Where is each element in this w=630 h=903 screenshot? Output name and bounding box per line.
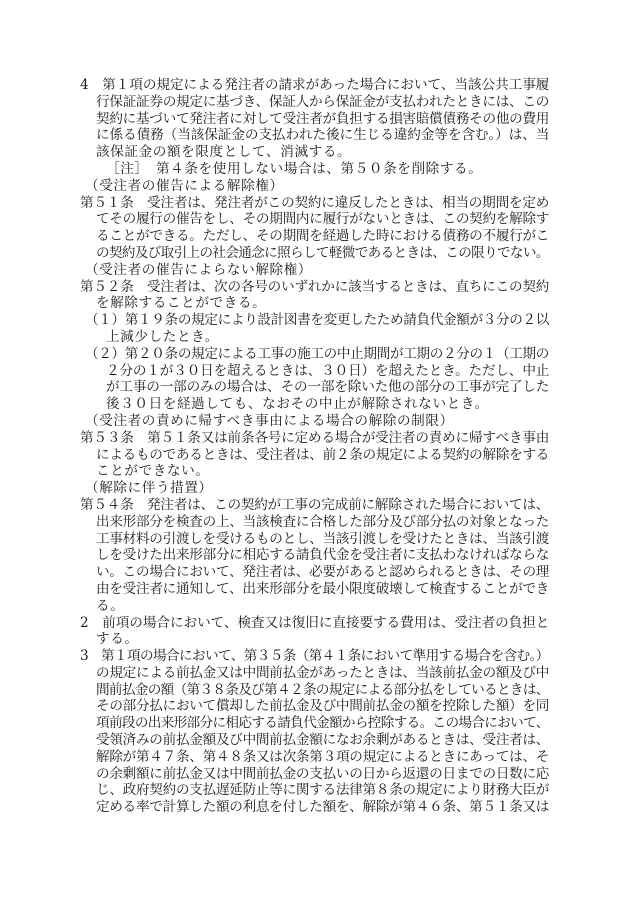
text-line: 工事材料の引渡しを受けるものとし、当該引渡しを受けたときは、当該引渡 — [80, 531, 550, 548]
text-line: 第５１条 受注者は、発注者がこの契約に違反したときは、相当の期間を定め — [80, 195, 550, 212]
text-line: 契約に基づいて発注者に対して受注者が負担する損害賠償債務その他の費用 — [80, 111, 550, 128]
text-line: ことができない。 — [80, 463, 550, 480]
text-line: する。 — [80, 631, 550, 648]
text-line: 解除が第４７条、第４８条又は次条第３項の規定によるときにあっては、そ — [80, 749, 550, 766]
text-line: その部分払において償却した前払金及び中間前払金の額を控除した額）を同 — [80, 698, 550, 715]
text-line: ［注］ 第４条を使用しない場合は、第５０条を削除する。 — [80, 161, 550, 178]
text-line: ることができる。ただし、その期間を経過した時における債務の不履行がこ — [80, 228, 550, 245]
text-line: てその履行の催告をし、その期間内に履行がないときは、この契約を解除す — [80, 211, 550, 228]
text-line: 第５３条 第５１条又は前条各号に定める場合が受注者の責めに帰すべき事由 — [80, 430, 550, 447]
text-line: 定める率で計算した額の利息を付した額を、解除が第４６条、第５１条又は — [80, 799, 550, 816]
text-line: （受注者の責めに帰すべき事由による場合の解除の制限） — [80, 413, 550, 430]
text-line: （受注者の催告によらない解除権） — [80, 262, 550, 279]
text-line: 2 前項の場合において、検査又は復旧に直接要する費用は、受注者の負担と — [80, 615, 550, 632]
text-line: る。 — [80, 598, 550, 615]
text-line: 後３０日を経過しても、なおその中止が解除されないとき。 — [80, 396, 550, 413]
text-line: 第５４条 発注者は、この契約が工事の完成前に解除された場合においては、 — [80, 497, 550, 514]
text-line: に係る債務（当該保証金の支払われた後に生じる違約金等を含む。）は、当 — [80, 127, 550, 144]
text-line: （受注者の催告による解除権） — [80, 178, 550, 195]
text-line: によるものであるときは、受注者は、前２条の規定による契約の解除をする — [80, 447, 550, 464]
text-line: 由を受注者に通知して、出来形部分を最小限度破壊して検査することができ — [80, 581, 550, 598]
text-line: が工事の一部のみの場合は、その一部を除いた他の部分の工事が完了した — [80, 379, 550, 396]
text-line: 出来形部分を検査の上、当該検査に合格した部分及び部分払の対象となった — [80, 514, 550, 531]
text-line: （解除に伴う措置） — [80, 480, 550, 497]
text-line: を解除することができる。 — [80, 295, 550, 312]
text-line: ２分の１が３０日を超えるときは、３０日）を超えたとき。ただし、中止 — [80, 363, 550, 380]
text-line: 受領済みの前払金額及び中間前払金額になお余剰があるときは、受注者は、 — [80, 732, 550, 749]
text-line: 第５２条 受注者は、次の各号のいずれかに該当するときは、直ちにこの契約 — [80, 279, 550, 296]
text-line: 項前段の出来形部分に相応する請負代金額から控除する。この場合において、 — [80, 715, 550, 732]
text-line: 間前払金の額（第３８条及び第４２条の規定による部分払をしているときは、 — [80, 682, 550, 699]
text-line: の規定による前払金又は中間前払金があったときは、当該前払金の額及び中 — [80, 665, 550, 682]
document-page: 4 第１項の規定による発注者の請求があった場合において、当該公共工事履行保証証券… — [80, 77, 550, 816]
text-line: 4 第１項の規定による発注者の請求があった場合において、当該公共工事履 — [80, 77, 550, 94]
text-line: 上減少したとき。 — [80, 329, 550, 346]
text-line: 該保証金の額を限度として、消滅する。 — [80, 144, 550, 161]
text-line: しを受けた出来形部分に相応する請負代金を受注者に支払わなければならな — [80, 547, 550, 564]
text-line: の余剰額に前払金又は中間前払金の支払いの日から返還の日までの日数に応 — [80, 766, 550, 783]
text-line: （２）第２０条の規定による工事の施工の中止期間が工期の２分の１（工期の — [80, 346, 550, 363]
text-line: い。この場合において、発注者は、必要があると認められるときは、その理 — [80, 564, 550, 581]
text-line: じ、政府契約の支払遅延防止等に関する法律第８条の規定により財務大臣が — [80, 782, 550, 799]
text-line: 行保証証券の規定に基づき、保証人から保証金が支払われたときには、この — [80, 94, 550, 111]
text-line: （１）第１９条の規定により設計図書を変更したため請負代金額が３分の２以 — [80, 312, 550, 329]
text-line: 3 第１項の場合において、第３５条（第４１条において準用する場合を含む。） — [80, 648, 550, 665]
text-line: の契約及び取引上の社会通念に照らして軽微であるときは、この限りでない。 — [80, 245, 550, 262]
